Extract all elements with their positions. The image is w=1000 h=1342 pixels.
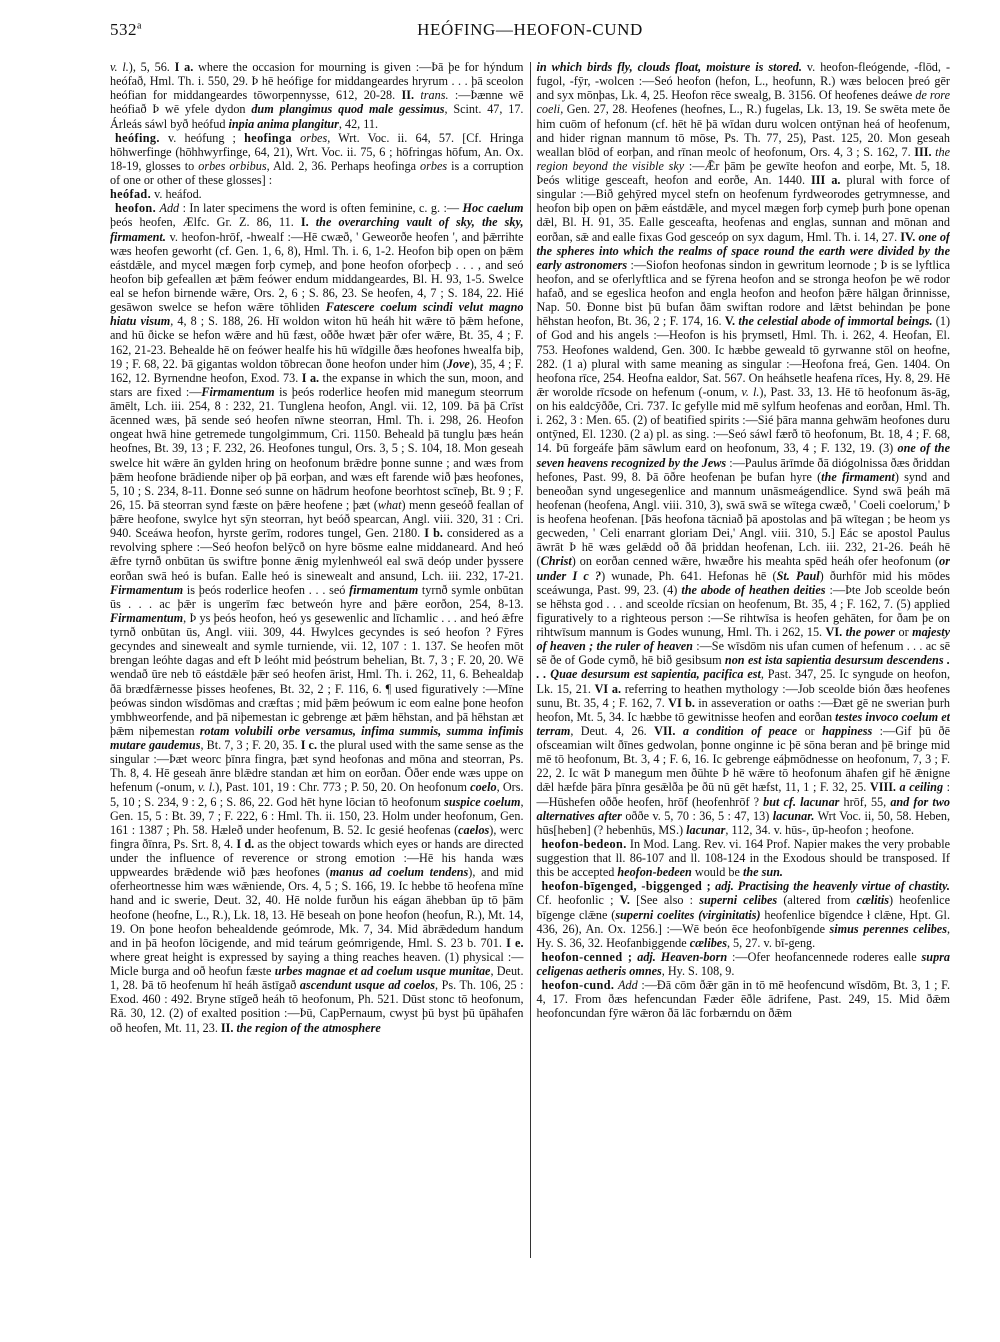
gloss-italic: happiness [822, 724, 872, 738]
entry-text: is þeós roderlice heofen mid manegum ste… [110, 385, 524, 512]
sense-marker: V. [620, 893, 630, 907]
gloss-italic: the power [846, 625, 895, 639]
sense-marker: I b. [424, 526, 443, 540]
entry-text [309, 215, 316, 229]
dictionary-entry-heofon-cund: heofon-cund. Add :—Ðā cōm ðǣr gān in tō … [537, 978, 951, 1020]
headword: heofinga [244, 131, 292, 145]
entry-text: , Hy. S. 108, 9. [662, 964, 735, 978]
gloss-italic: orbes orbibus [198, 159, 266, 173]
page-header: 532a HEÓFING—HEOFON-CUND [110, 20, 950, 42]
dictionary-entry-heofon-bigenged: heofon-bīgenged, -biggenged ; adj. Pract… [537, 879, 951, 950]
sense-marker: II. [402, 88, 415, 102]
gloss-italic: Hoc caelum [463, 201, 524, 215]
entry-text: would be [692, 865, 743, 879]
gloss-italic: the abode of heathen deities [681, 583, 825, 597]
gloss-italic: heofon-bedeen [617, 865, 691, 879]
gloss-italic: trans. [420, 88, 448, 102]
entry-text [292, 131, 300, 145]
sense-marker: VI b. [668, 696, 695, 710]
gloss-italic: simus perennes celibes [830, 922, 947, 936]
entry-text: :—Ofer heofancennede roderes ealle [727, 950, 921, 964]
entry-text: ), 5, 56. [129, 60, 175, 74]
gloss-italic: in which birds fly, clouds float, moistu… [537, 60, 802, 74]
gloss-italic: coelo [470, 780, 496, 794]
gloss-italic: superni coelites (virginitatis) [615, 908, 760, 922]
entry-text: , 42, 11. [339, 117, 378, 131]
gloss-italic: ascendunt usque ad coelos [300, 978, 435, 992]
gloss-italic: cælitis [857, 893, 890, 907]
gloss-italic: Christ [541, 554, 572, 568]
gloss-italic: cælibes [690, 936, 727, 950]
entry-text: ), Past. 101, 19 : Chr. 773 ; P. 50, 20.… [215, 780, 470, 794]
entry-text: , Deut. 4, 26. [570, 724, 654, 738]
gloss-italic: orbes [300, 131, 327, 145]
gloss-italic: inpia anima plangitur [228, 117, 338, 131]
entry-text: v. heófung ; [160, 131, 244, 145]
sense-marker: I c. [301, 738, 317, 752]
gloss-italic: firmamentum [349, 583, 418, 597]
dictionary-entry-heofad: heófad. v. heáfod. [110, 187, 524, 201]
sense-marker: III. [914, 145, 931, 159]
running-head: HEÓFING—HEOFON-CUND [110, 20, 950, 40]
sense-marker: V. [725, 314, 735, 328]
headword: heofon. [115, 201, 156, 215]
dictionary-entry-heofon-cenned: heofon-cenned ; adj. Heaven-born :—Ofer … [537, 950, 951, 978]
gloss-italic: manus ad coelum tendens [330, 865, 469, 879]
entry-text [675, 724, 682, 738]
entry-text: or [797, 724, 822, 738]
gloss-italic: urbes magnae et ad coelum usque munitae [275, 964, 491, 978]
sense-marker: I. [301, 215, 309, 229]
sense-marker: II. [221, 1021, 234, 1035]
dictionary-entry-heofon: heofon. Add : In later specimens the wor… [110, 201, 524, 1034]
entry-text: ) on eorðan cenned wǣre, hwæðre his meah… [572, 554, 939, 568]
entry-text: , Bt. 7, 3 ; F. 20, 35. [200, 738, 300, 752]
entry-text: , Gen. 27, 28. Heofenes (heofnes, L., R.… [537, 102, 951, 158]
entry-text: , 5, 27. v. bī-geng. [727, 936, 815, 950]
gloss-italic: Add [618, 978, 638, 992]
gloss-italic: lacunar [686, 823, 725, 837]
sense-marker: III a. [811, 173, 840, 187]
sense-marker: I a. [302, 371, 319, 385]
entry-text: hrōf, 55, [839, 795, 890, 809]
gloss-italic: adj. Heaven-born [637, 950, 727, 964]
sense-marker: I a. [175, 60, 194, 74]
gloss-italic: dum plangimus quod male gessimus [251, 102, 444, 116]
entry-text: is þeós roderlice heofen . . . seó [183, 583, 349, 597]
sense-marker: VI a. [595, 682, 621, 696]
entry-text: Cf. heofonlic ; [537, 893, 620, 907]
sense-marker: I d. [236, 837, 254, 851]
gloss-italic: v. l. [741, 385, 759, 399]
entry-text: or [895, 625, 912, 639]
entry-text: ) wunade, Ph. 641. Hefonas hē ( [601, 569, 776, 583]
gloss-italic: Firmamentum [110, 583, 183, 597]
sense-marker: VII. [654, 724, 675, 738]
dictionary-entry-heofing: heófing. v. heófung ; heofinga orbes, Wr… [110, 131, 524, 188]
entry-text: : In later specimens the word is often f… [179, 201, 462, 215]
gloss-italic: the region of the atmosphere [237, 1021, 381, 1035]
gloss-italic: the sun. [743, 865, 783, 879]
entry-text: v. heáfod. [151, 187, 202, 201]
gloss-italic: orbes [420, 159, 447, 173]
entry-text: oððe v. 5, 70 : 36, 5 : 47, 13) [622, 809, 773, 823]
headword: heofon-cenned ; [542, 950, 633, 964]
gloss-italic: superni celibes [699, 893, 777, 907]
gloss-italic: the firmament [821, 470, 895, 484]
headword: heófad. [110, 187, 151, 201]
dictionary-entry-heofian-cont: v. l.), 5, 56. I a. where the occasion f… [110, 60, 524, 131]
gloss-italic: a ceiling [900, 780, 944, 794]
sense-marker: I e. [506, 936, 523, 950]
gloss-italic: lacunar. [773, 809, 815, 823]
headword: heofon-bīgenged, -biggenged ; [542, 879, 712, 893]
sense-marker: VIII. [870, 780, 896, 794]
right-column: in which birds fly, clouds float, moistu… [531, 60, 951, 1260]
entry-text: , 112, 34. v. hūs-, ūp-heofon ; heofone. [725, 823, 914, 837]
gloss-italic: the celestial abode of immortal beings. [738, 314, 932, 328]
entry-text: , Þ ys þeós heofon, heó ys gesewenlic an… [110, 611, 524, 738]
gloss-italic: what [378, 498, 402, 512]
gloss-italic: a condition of peace [683, 724, 797, 738]
dictionary-entry-heofon-bedeon: heofon-bedeon. In Mod. Lang. Rev. vi. 16… [537, 837, 951, 879]
left-column: v. l.), 5, 56. I a. where the occasion f… [110, 60, 530, 1260]
gloss-italic: v. l. [198, 780, 215, 794]
headword: heofon-cund. [542, 978, 615, 992]
entry-text: þeós heofen, Ælfc. Gr. Z. 86, 11. [110, 215, 301, 229]
headword: heofon-bedeon. [542, 837, 627, 851]
gloss-italic: Firmamentum [110, 611, 183, 625]
gloss-italic: caelos [458, 823, 489, 837]
gloss-italic: suspice coelum [444, 795, 520, 809]
entry-text: , Ald. 2, 36. Perhaps heofinga [267, 159, 420, 173]
gloss-italic: but cf. lacunar [763, 795, 839, 809]
gloss-italic: St. Paul [777, 569, 820, 583]
entry-text: (altered from [777, 893, 856, 907]
gloss-italic: v. l. [110, 60, 129, 74]
gloss-italic: Firmamentum [201, 385, 274, 399]
gloss-italic: Jove [447, 357, 470, 371]
gloss-italic: Add [160, 201, 180, 215]
sense-marker: IV. [900, 230, 915, 244]
headword: heófing. [115, 131, 160, 145]
entry-text: [See also : [630, 893, 699, 907]
sense-marker: VI. [826, 625, 843, 639]
gloss-italic: adj. Practising the heavenly virtue of c… [715, 879, 950, 893]
dictionary-columns: v. l.), 5, 56. I a. where the occasion f… [110, 60, 950, 1260]
dictionary-entry-heofon-cont: in which birds fly, clouds float, moistu… [537, 60, 951, 837]
